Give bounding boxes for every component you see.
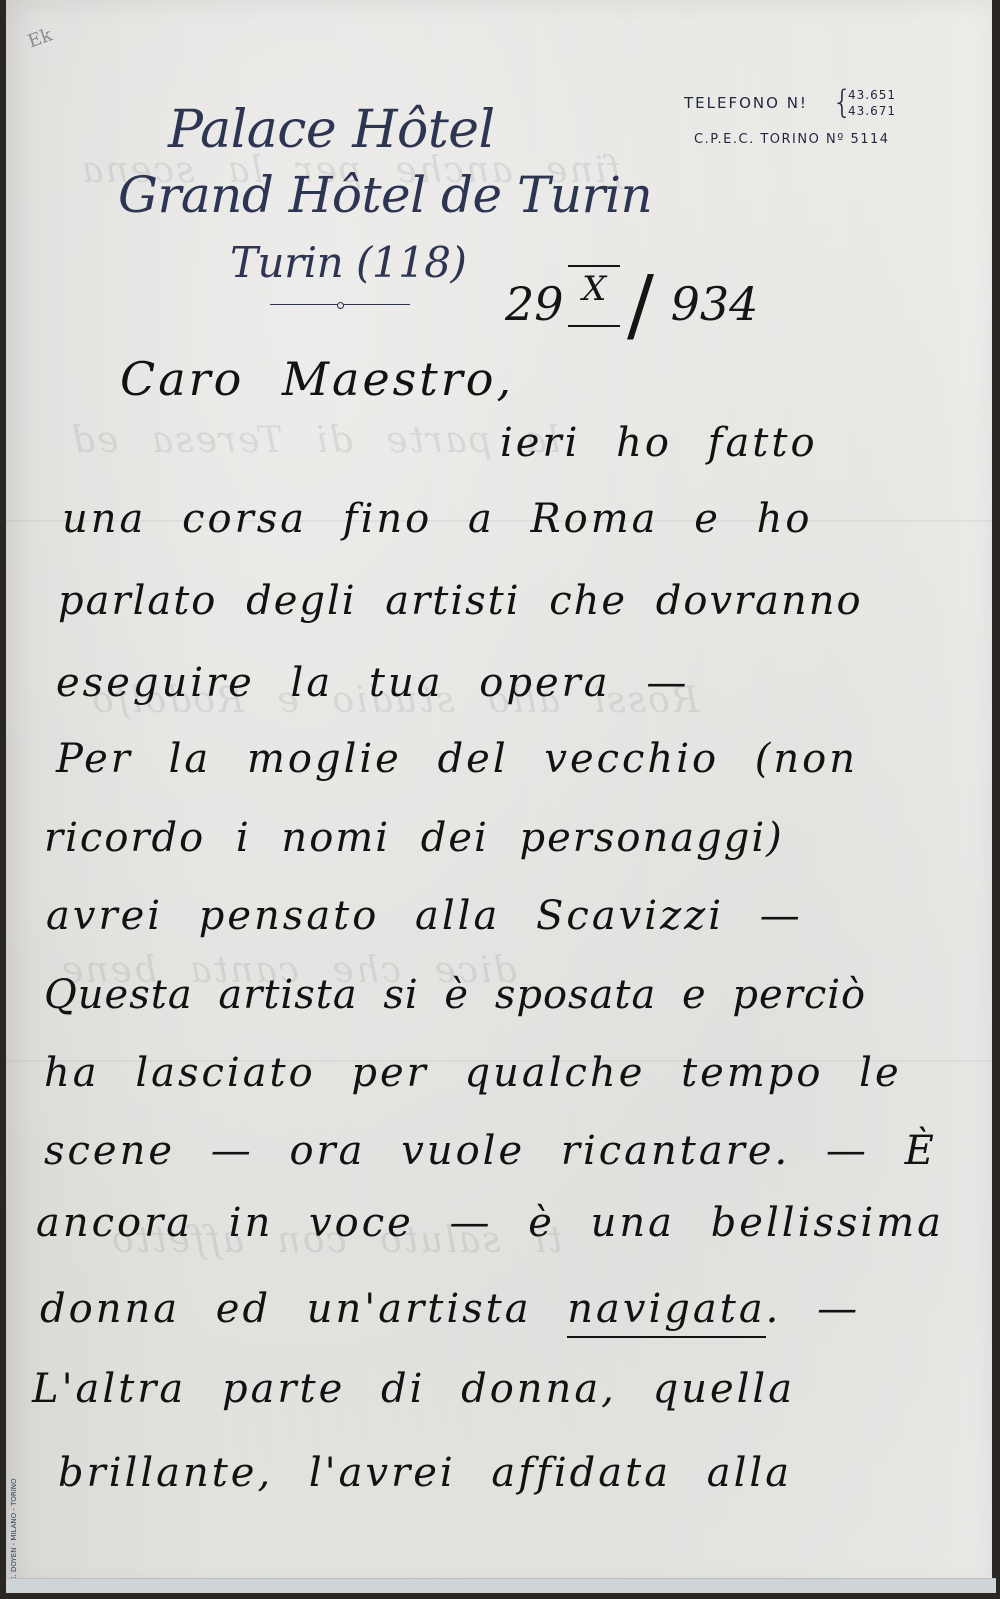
letter-line: avrei pensato alla Scavizzi — (46, 893, 803, 939)
telephone-label: TELEFONO N! (684, 94, 808, 112)
letter-line: Per la moglie del vecchio (non (56, 736, 858, 782)
letter-line: ha lasciato per qualche tempo le (44, 1050, 902, 1096)
letter-line: brillante, l'avrei affidata alla (58, 1450, 792, 1496)
letter-line: una corsa fino a Roma e ho (62, 496, 812, 542)
letterhead-hotel-subtitle: Grand Hôtel de Turin (118, 166, 652, 224)
letter-line: scene — ora vuole ricantare. — È (44, 1128, 937, 1174)
letter-sheet (6, 0, 992, 1590)
letter-salutation: Caro Maestro, (120, 352, 514, 406)
letter-line-text: donna ed un'artista (40, 1286, 567, 1332)
printer-imprint: A. E. DOYEN - MILANO - TORINO (10, 1478, 18, 1590)
letter-line: parlato degli artisti che dovranno (58, 578, 863, 624)
telephone-number: 43.651 (848, 88, 896, 102)
cpec-registration: C.P.E.C. TORINO Nº 5114 (694, 132, 890, 147)
letter-line: Questa artista si è sposata e perciò (44, 972, 866, 1018)
letter-line: donna ed un'artista navigata. — (40, 1286, 860, 1332)
date-year: 934 (671, 277, 759, 331)
paper-bottom-edge (6, 1578, 996, 1593)
letter-line: ancora in voce — è una bellissima (36, 1200, 944, 1246)
date-separator: / (627, 258, 654, 351)
letter-line: ieri ho fatto (500, 420, 818, 466)
letter-date: 29 X / 934 (505, 246, 758, 339)
letter-line-text: . — (766, 1286, 860, 1332)
letter-line: eseguire la tua opera — (56, 660, 689, 706)
date-day: 29 (505, 277, 564, 331)
letterhead-city: Turin (118) (230, 238, 466, 287)
date-month: X (582, 269, 606, 309)
letter-line: L'altra parte di donna, quella (32, 1366, 795, 1412)
underlined-word: navigata (567, 1286, 765, 1338)
letter-line: ricordo i nomi dei personaggi) (44, 815, 784, 861)
telephone-number: 43.671 (848, 104, 896, 118)
letterhead-hotel-name: Palace Hôtel (168, 100, 495, 160)
bleed-through-text: la parte di Teresa ed (70, 420, 560, 461)
letterhead-ornament-dot (337, 302, 344, 309)
